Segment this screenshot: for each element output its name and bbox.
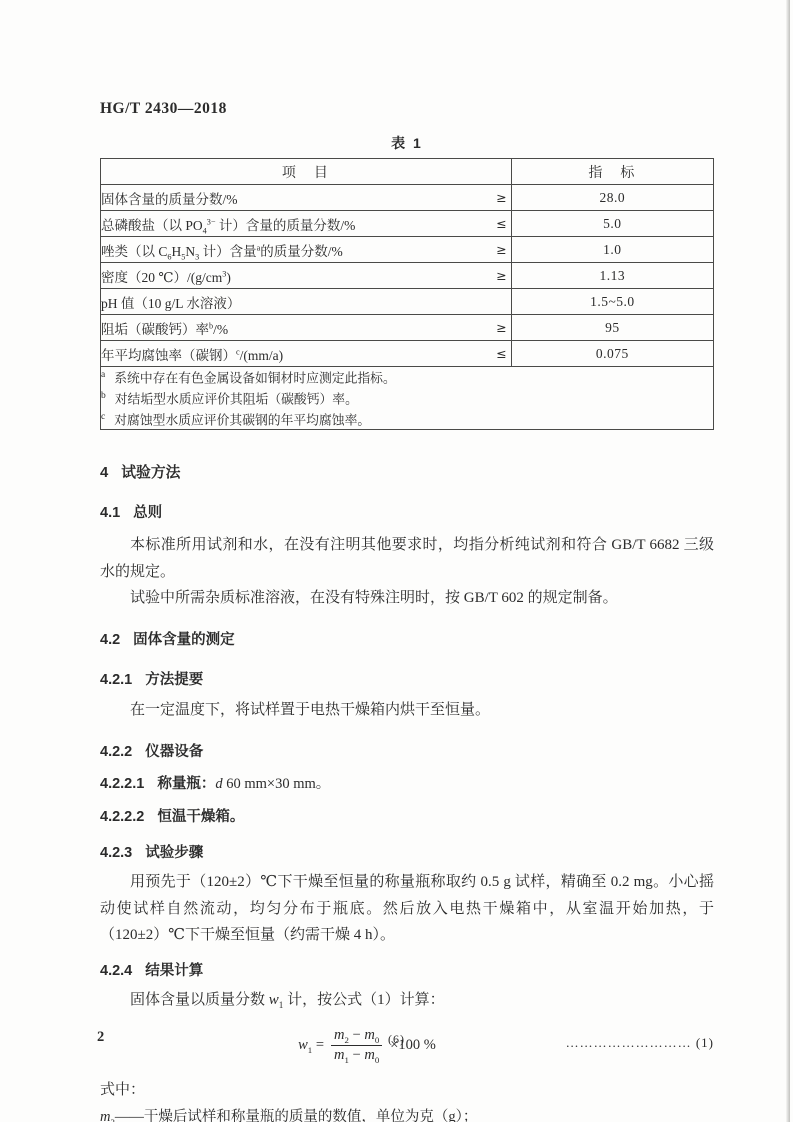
clause-lead: 恒温干燥箱。	[157, 809, 244, 825]
footnote-text: 对腐蚀型水质应评价其碳钢的年平均腐蚀率。	[114, 413, 370, 427]
section-heading-4-1: 4.1总则	[100, 501, 714, 522]
spec-value: 1.5~5.0	[511, 289, 713, 315]
spec-table: 项 目 指 标 固体含量的质量分数/%≥ 28.0 总磷酸盐（以 PO43− 计…	[100, 158, 714, 430]
spec-value: 0.075	[511, 341, 713, 367]
footnote-text: 系统中存在有色金属设备如铜材时应测定此指标。	[114, 371, 396, 385]
item-label: 固体含量的质量分数/%	[101, 188, 238, 208]
section-number: 4.1	[100, 505, 120, 521]
fraction-denominator: m1 − m0	[331, 1046, 382, 1064]
section-heading-4-2-1: 4.2.1方法提要	[100, 668, 714, 689]
paragraph: 固体含量以质量分数 w1 计，按公式（1）计算：	[100, 987, 714, 1014]
section-title: 总则	[133, 505, 162, 521]
item-label: 总磷酸盐（以 PO43− 计）含量的质量分数/%	[101, 214, 355, 234]
spec-value: 28.0	[511, 185, 713, 211]
spec-value: 95	[511, 315, 713, 341]
paragraph: 试验中所需杂质标准溶液，在没有特殊注明时，按 GB/T 602 的规定制备。	[100, 585, 714, 612]
item-label: 年平均腐蚀率（碳钢）c/(mm/a)	[101, 344, 283, 364]
section-title: 结果计算	[145, 963, 203, 979]
footnote-line: b对结垢型水质应评价其阻垢（碳酸钙）率。	[101, 388, 713, 409]
paragraph: 在一定温度下，将试样置于电热干燥箱内烘干至恒量。	[100, 697, 714, 724]
footnote-line: c对腐蚀型水质应评价其碳钢的年平均腐蚀率。	[101, 409, 713, 430]
footnote-line: a系统中存在有色金属设备如铜材时应测定此指标。	[101, 367, 713, 388]
relation-symbol: ≥	[496, 242, 510, 257]
section-heading-4-2-2: 4.2.2仪器设备	[100, 740, 714, 761]
spec-value: 1.0	[511, 237, 713, 263]
section-title: 固体含量的测定	[133, 632, 235, 648]
page-content: HG/T 2430—2018 表 1 项 目 指 标 固体含量的质量分数/%≥ …	[100, 100, 714, 1122]
relation-symbol: ≤	[496, 216, 510, 231]
document-page: HG/T 2430—2018 表 1 项 目 指 标 固体含量的质量分数/%≥ …	[0, 0, 793, 1122]
footnote-mark: a	[101, 370, 105, 380]
table-header-row: 项 目 指 标	[101, 159, 714, 185]
clause-text: d 60 mm×30 mm。	[215, 776, 330, 792]
spec-value: 1.13	[511, 263, 713, 289]
relation-symbol: ≥	[496, 320, 510, 335]
column-header-spec: 指 标	[511, 159, 713, 185]
scan-page-edge-shadow	[786, 0, 790, 1122]
relation-symbol: ≥	[496, 190, 510, 205]
section-heading-4-2-4: 4.2.4结果计算	[100, 959, 714, 980]
where-definition-m2: m2——干燥后试样和称量瓶的质量的数值，单位为克（g）；	[100, 1105, 714, 1122]
where-label: 式中：	[100, 1078, 714, 1099]
section-heading-4-2: 4.2固体含量的测定	[100, 628, 714, 649]
table-row: pH 值（10 g/L 水溶液） 1.5~5.0	[101, 289, 714, 315]
section-number: 4.2.3	[100, 845, 132, 861]
table-row: 固体含量的质量分数/%≥ 28.0	[101, 185, 714, 211]
table-row: 总磷酸盐（以 PO43− 计）含量的质量分数/%≤ 5.0	[101, 211, 714, 237]
section-number: 4	[100, 465, 108, 481]
section-number: 4.2	[100, 632, 120, 648]
table-caption: 表 1	[100, 133, 714, 153]
footnote-mark: c	[101, 412, 105, 422]
paragraph: 本标准所用试剂和水，在没有注明其他要求时，均指分析纯试剂和符合 GB/T 668…	[100, 532, 714, 585]
section-heading-4-2-3: 4.2.3试验步骤	[100, 841, 714, 862]
relation-symbol: ≤	[496, 346, 510, 361]
sheet-marker: (6)	[0, 1032, 793, 1047]
section-title: 试验步骤	[145, 845, 203, 861]
item-label: 阻垢（碳酸钙）率b/%	[101, 318, 228, 338]
footnote-mark: b	[101, 391, 106, 401]
item-label: 密度（20 ℃）/(g/cm3)	[101, 266, 231, 286]
clause-number: 4.2.2.1	[100, 776, 144, 792]
section-title: 试验方法	[121, 465, 180, 481]
section-heading-4: 4试验方法	[100, 461, 714, 482]
standard-code-header: HG/T 2430—2018	[100, 100, 714, 118]
clause-4-2-2-2: 4.2.2.2恒温干燥箱。	[100, 807, 714, 827]
spec-value: 5.0	[511, 211, 713, 237]
clause-4-2-2-1: 4.2.2.1称量瓶：d 60 mm×30 mm。	[100, 774, 714, 794]
section-number: 4.2.1	[100, 672, 132, 688]
section-number: 4.2.2	[100, 744, 132, 760]
section-number: 4.2.4	[100, 963, 132, 979]
table-row: 密度（20 ℃）/(g/cm3)≥ 1.13	[101, 263, 714, 289]
section-title: 仪器设备	[145, 744, 203, 760]
section-title: 方法提要	[145, 672, 203, 688]
relation-symbol: ≥	[496, 268, 510, 283]
table-row: 年平均腐蚀率（碳钢）c/(mm/a)≤ 0.075	[101, 341, 714, 367]
table-row: 阻垢（碳酸钙）率b/%≥ 95	[101, 315, 714, 341]
table-row: 唑类（以 C6H5N3 计）含量a的质量分数/%≥ 1.0	[101, 237, 714, 263]
column-header-item: 项 目	[101, 159, 512, 185]
table-footnotes-row: a系统中存在有色金属设备如铜材时应测定此指标。 b对结垢型水质应评价其阻垢（碳酸…	[101, 367, 714, 430]
clause-number: 4.2.2.2	[100, 809, 144, 825]
footnote-text: 对结垢型水质应评价其阻垢（碳酸钙）率。	[115, 392, 358, 406]
clause-lead: 称量瓶：	[157, 776, 215, 792]
paragraph: 用预先于（120±2）℃下干燥至恒量的称量瓶称取约 0.5 g 试样，精确至 0…	[100, 869, 714, 949]
item-label: 唑类（以 C6H5N3 计）含量a的质量分数/%	[101, 240, 343, 260]
item-label: pH 值（10 g/L 水溶液）	[101, 292, 240, 312]
